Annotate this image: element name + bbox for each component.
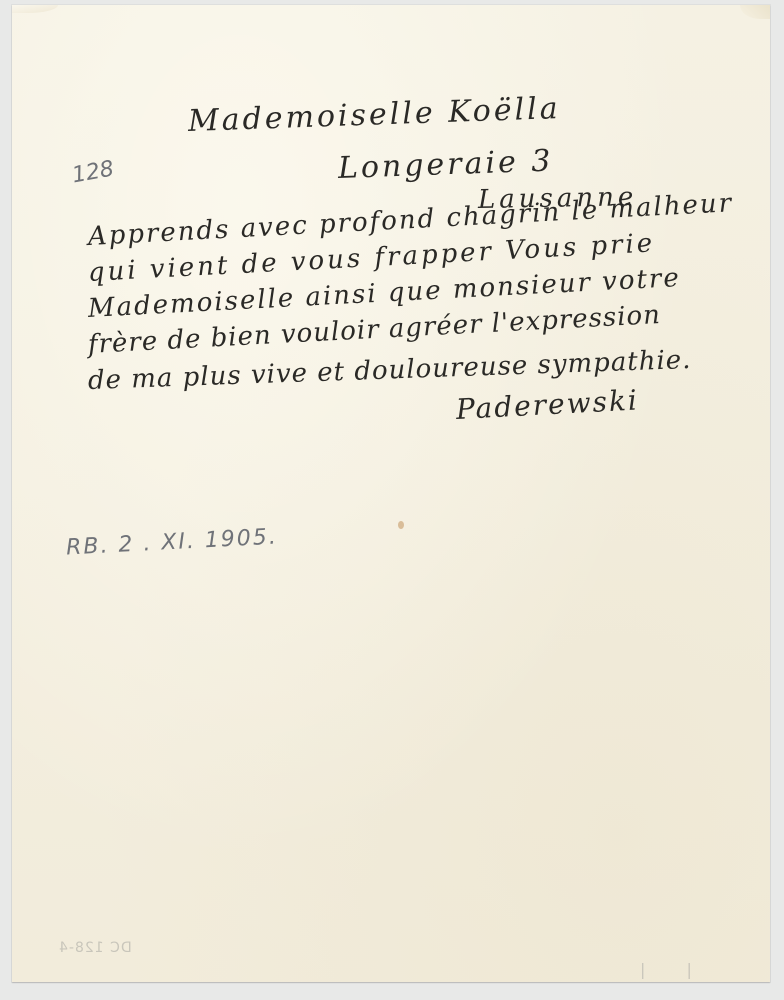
scanned-page: 128 Mademoiselle Koëlla Longeraie 3 Laus…: [0, 0, 784, 1000]
bleed-through-marks: | |: [640, 960, 710, 979]
bleed-through-catalog-number: DC 128-4: [58, 940, 132, 956]
paper-stain: [398, 521, 404, 529]
